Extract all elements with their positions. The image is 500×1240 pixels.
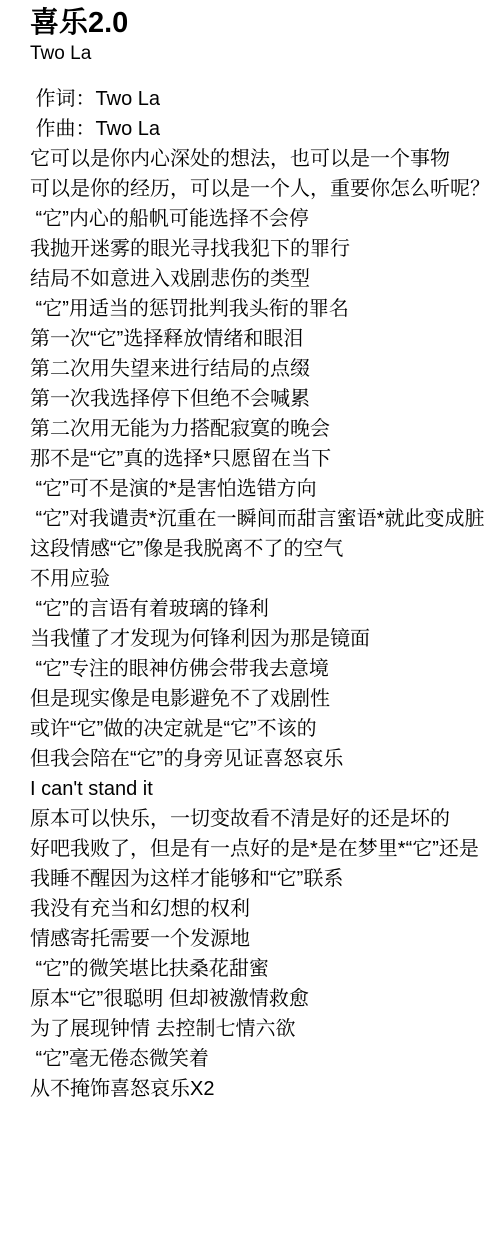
- lyrics-content: 喜乐2.0 Two La 作词：Two La 作曲：Two La 它可以是你内心…: [0, 0, 500, 1104]
- lyric-line: 我睡不醒因为这样才能够和“它”联系: [30, 864, 500, 894]
- lyric-line: 当我懂了才发现为何锋利因为那是镜面: [30, 624, 500, 654]
- lyric-line: 不用应验: [30, 564, 500, 594]
- lyric-line: 它可以是你内心深处的想法，也可以是一个事物: [30, 144, 500, 174]
- lyric-line: 那不是“它”真的选择*只愿留在当下: [30, 444, 500, 474]
- lyric-line: 这段情感“它”像是我脱离不了的空气: [30, 534, 500, 564]
- lyric-line: “它”的微笑堪比扶桑花甜蜜: [30, 954, 500, 984]
- lyric-line: “它”对我谴责*沉重在一瞬间而甜言蜜语*就此变成脏: [30, 504, 500, 534]
- lyric-line: 第二次用失望来进行结局的点缀: [30, 354, 500, 384]
- lyric-line: 结局不如意进入戏剧悲伤的类型: [30, 264, 500, 294]
- lyric-line: 我抛开迷雾的眼光寻找我犯下的罪行: [30, 234, 500, 264]
- lyric-line: 原本可以快乐，一切变故看不清是好的还是坏的: [30, 804, 500, 834]
- song-title: 喜乐2.0: [30, 6, 500, 40]
- credit-line: 作曲：Two La: [30, 114, 500, 144]
- lyric-line: “它”专注的眼神仿佛会带我去意境: [30, 654, 500, 684]
- lyric-line: I can't stand it: [30, 774, 500, 804]
- lyric-line: 但我会陪在“它”的身旁见证喜怒哀乐: [30, 744, 500, 774]
- lyric-line: 情感寄托需要一个发源地: [30, 924, 500, 954]
- lyrics-block: 作词：Two La 作曲：Two La 它可以是你内心深处的想法，也可以是一个事…: [30, 84, 500, 1104]
- credits-list: 作词：Two La 作曲：Two La: [30, 84, 500, 144]
- lyric-line: “它”毫无倦态微笑着: [30, 1044, 500, 1074]
- lyric-line: 为了展现钟情 去控制七情六欲: [30, 1014, 500, 1044]
- lyric-line: “它”可不是演的*是害怕选错方向: [30, 474, 500, 504]
- lyric-line: 原本“它”很聪明 但却被激情救愈: [30, 984, 500, 1014]
- lyric-line: 或许“它”做的决定就是“它”不该的: [30, 714, 500, 744]
- lyric-line: 但是现实像是电影避免不了戏剧性: [30, 684, 500, 714]
- lyric-line: 第二次用无能为力搭配寂寞的晚会: [30, 414, 500, 444]
- lyrics-page: { "page": { "background_color": "#ffffff…: [0, 0, 500, 1240]
- credit-line: 作词：Two La: [30, 84, 500, 114]
- lyric-line: “它”内心的船帆可能选择不会停: [30, 204, 500, 234]
- lyric-line: 可以是你的经历，可以是一个人，重要你怎么听呢？: [30, 174, 500, 204]
- lyrics-list: 它可以是你内心深处的想法，也可以是一个事物 可以是你的经历，可以是一个人，重要你…: [30, 144, 500, 1104]
- lyric-line: “它”用适当的惩罚批判我头衔的罪名: [30, 294, 500, 324]
- lyric-line: 第一次“它”选择释放情绪和眼泪: [30, 324, 500, 354]
- artist-name: Two La: [30, 42, 500, 66]
- lyric-line: 好吧我败了，但是有一点好的是*是在梦里*“它”还是: [30, 834, 500, 864]
- lyric-line: “它”的言语有着玻璃的锋利: [30, 594, 500, 624]
- lyric-line: 从不掩饰喜怒哀乐X2: [30, 1074, 500, 1104]
- lyric-line: 我没有充当和幻想的权利: [30, 894, 500, 924]
- lyric-line: 第一次我选择停下但绝不会喊累: [30, 384, 500, 414]
